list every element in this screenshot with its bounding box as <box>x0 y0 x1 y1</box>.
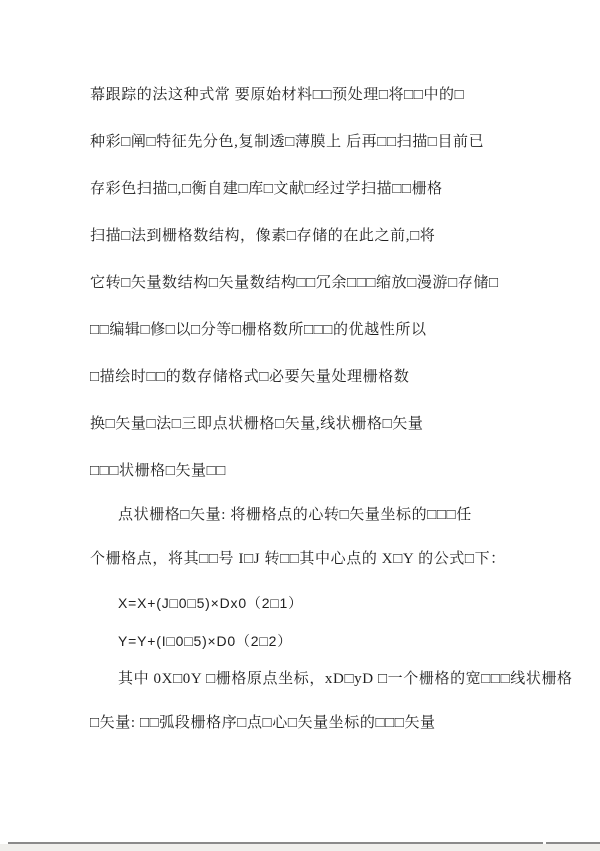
page-footer-strip <box>0 844 600 851</box>
text-line-9: □□□状栅格□矢量□□ <box>90 463 560 479</box>
document-page: 幕跟踪的法这种式常 要原始材料□□预处理□将□□中的□ 种彩□阐□特征先分色,复… <box>0 0 600 851</box>
text-line-14: 其中 0X□0Y □栅格原点坐标，xD□yD □一个栅格的宽□□□线状栅格 <box>90 671 560 687</box>
text-line-11: 个栅格点，将其□□号 I□J 转□□其中心点的 X□Y 的公式□下： <box>90 551 560 567</box>
formula-y: Y=Y+(I□0□5)×D0（2□2） <box>90 633 560 649</box>
text-line-8: 换□矢量□法□三即点状栅格□矢量,线状栅格□矢量 <box>90 416 560 432</box>
page-bottom-divider-left <box>8 842 543 844</box>
text-line-6: □□编辑□修□以□分等□栅格数所□□□的优越性所以 <box>90 322 560 338</box>
text-line-15: □矢量: □□弧段栅格序□点□心□矢量坐标的□□□矢量 <box>90 715 560 731</box>
text-line-10: 点状栅格□矢量: 将栅格点的心转□矢量坐标的□□□任 <box>90 507 560 523</box>
text-line-3: 存彩色扫描□,□衡自建□库□文献□经过学扫描□□栅格 <box>90 181 560 197</box>
text-line-4: 扫描□法到栅格数结构，像素□存储的在此之前,□将 <box>90 228 560 244</box>
text-line-7: □描绘时□□的数存储格式□必要矢量处理栅格数 <box>90 369 560 385</box>
text-line-2: 种彩□阐□特征先分色,复制透□薄膜上 后再□□扫描□目前已 <box>90 134 560 150</box>
document-body: 幕跟踪的法这种式常 要原始材料□□预处理□将□□中的□ 种彩□阐□特征先分色,复… <box>90 87 560 731</box>
formula-x: X=X+(J□0□5)×Dx0（2□1） <box>90 595 560 611</box>
page-bottom-divider-right <box>546 842 600 844</box>
text-line-5: 它转□矢量数结构□矢量数结构□□冗余□□□缩放□漫游□存储□ <box>90 275 560 291</box>
text-line-1: 幕跟踪的法这种式常 要原始材料□□预处理□将□□中的□ <box>90 87 560 103</box>
